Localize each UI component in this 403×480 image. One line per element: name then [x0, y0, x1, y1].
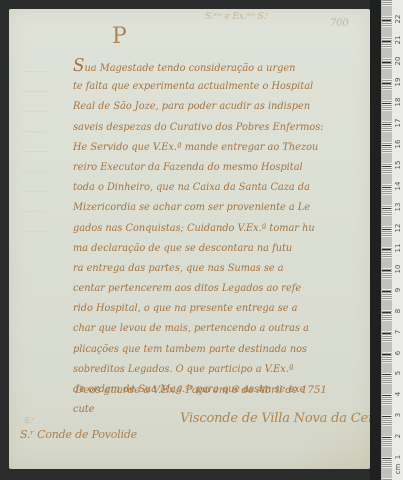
ruler-label: 16	[394, 138, 402, 150]
ruler-label: 4	[394, 388, 402, 400]
body-line: He Servido que V.Ex.ª mande entregar ao …	[73, 137, 347, 157]
ruler-major-tick	[382, 62, 391, 63]
body-line: gados nas Conquistas; Cuidando V.Ex.ª to…	[73, 218, 347, 238]
body-line: Mizericordia se achar com ser provenient…	[73, 197, 347, 217]
body-line: te falta que experimenta actualmente o H…	[73, 76, 347, 96]
ruler-label: 3	[394, 409, 402, 421]
ruler-label: 11	[394, 242, 402, 254]
measurement-ruler: 22212019181716151413121110987654321cm	[381, 0, 403, 480]
bleed-through-mark: ~~~~	[22, 222, 67, 242]
ruler-major-tick	[382, 374, 391, 375]
bleed-through-mark: ~~~~	[22, 162, 67, 182]
ruler-label: 9	[394, 284, 402, 296]
ruler-major-tick	[382, 416, 391, 417]
ruler-major-tick	[382, 291, 391, 292]
addressee-mark: S.ʳ	[24, 416, 34, 425]
body-line: ma declaração de que se descontara na fu…	[73, 238, 347, 258]
closing-date-line: Deos guarde a V.Ex.ª Paço em 6 de Abril …	[75, 384, 327, 396]
body-line: sobreditos Legados. O que participo a V.…	[73, 359, 347, 379]
ruler-major-tick	[382, 166, 391, 167]
ruler-major-tick	[382, 354, 391, 355]
ruler-major-tick	[382, 124, 391, 125]
body-line: ra entrega das partes, que nas Sumas se …	[73, 258, 347, 278]
ruler-label: 13	[394, 201, 402, 213]
bleed-through-mark: ~~~~	[22, 62, 67, 82]
ruler-major-tick	[382, 437, 391, 438]
ruler-label: 14	[394, 180, 402, 192]
body-line: reiro Executor da Fazenda do mesmo Hospi…	[73, 157, 347, 177]
ruler-major-tick	[382, 312, 391, 313]
bleed-through-mark: ~~~~	[22, 142, 67, 162]
ruler-label: 5	[394, 367, 402, 379]
ruler-label: 22	[394, 13, 402, 25]
body-line: Sua Magestade tendo consideração a urgen	[73, 56, 347, 76]
ruler-label: 18	[394, 96, 402, 108]
header-note: S.ᵐᵒ e Ex.ᵐᵒ S.ʳ	[205, 12, 269, 22]
ruler-major-tick	[382, 145, 391, 146]
ruler-major-tick	[382, 270, 391, 271]
body-line: centar pertencerem aos ditos Legados ao …	[73, 278, 347, 298]
ruler-label: cm	[394, 463, 402, 475]
ruler-major-tick	[382, 41, 391, 42]
letter-body: Sua Magestade tendo consideração a urgen…	[73, 56, 368, 419]
ruler-label: 15	[394, 159, 402, 171]
body-line: Real de São Joze, para poder acudir as i…	[73, 96, 347, 116]
ruler-label: 8	[394, 305, 402, 317]
body-line: saveis despezas do Curativo dos Pobres E…	[73, 117, 347, 137]
ruler-label: 10	[394, 263, 402, 275]
ruler-major-tick	[382, 395, 391, 396]
scanned-manuscript: ~~~~~~~~~~~~~~~~~~~~~~~~~~~~~~~~~~~~ S.ᵐ…	[0, 0, 403, 480]
ruler-major-tick	[382, 333, 391, 334]
ruler-major-tick	[382, 103, 391, 104]
ruler-major-tick	[382, 83, 391, 84]
ruler-major-tick	[382, 20, 391, 21]
body-line: plicações que tem tambem parte destinada…	[73, 339, 347, 359]
ruler-label: 2	[394, 430, 402, 442]
ruler-major-tick	[382, 229, 391, 230]
bleed-through-mark: ~~~~	[22, 182, 67, 202]
paragraph-mark: P	[112, 24, 127, 49]
ruler-label: 20	[394, 55, 402, 67]
ruler-major-tick	[382, 458, 391, 459]
ruler-major-tick	[382, 249, 391, 250]
bleed-through-mark: ~~~~	[22, 102, 67, 122]
folio-number: 700	[330, 18, 349, 29]
bleed-through-mark: ~~~~	[22, 122, 67, 142]
ruler-label: 17	[394, 117, 402, 129]
ruler-major-tick	[382, 208, 391, 209]
margin-bleed-through: ~~~~~~~~~~~~~~~~~~~~~~~~~~~~~~~~~~~~	[22, 62, 67, 242]
ruler-label: 19	[394, 76, 402, 88]
ruler-label: 1	[394, 451, 402, 463]
bleed-through-mark: ~~~~	[22, 82, 67, 102]
ruler-label: 6	[394, 347, 402, 359]
ruler-ticks	[382, 0, 392, 480]
ruler-label: 7	[394, 326, 402, 338]
body-line: char que levou de mais, pertencendo a ou…	[73, 318, 347, 338]
ruler-label: 12	[394, 222, 402, 234]
body-line: toda o Dinheiro, que na Caixa da Santa C…	[73, 177, 347, 197]
ruler-label: 21	[394, 34, 402, 46]
body-line: rido Hospital, o que na presente entrega…	[73, 298, 347, 318]
ruler-major-tick	[382, 187, 391, 188]
addressee: S.ʳ Conde de Povolide	[20, 428, 137, 441]
bleed-through-mark: ~~~~	[22, 202, 67, 222]
scan-shadow	[370, 0, 381, 480]
